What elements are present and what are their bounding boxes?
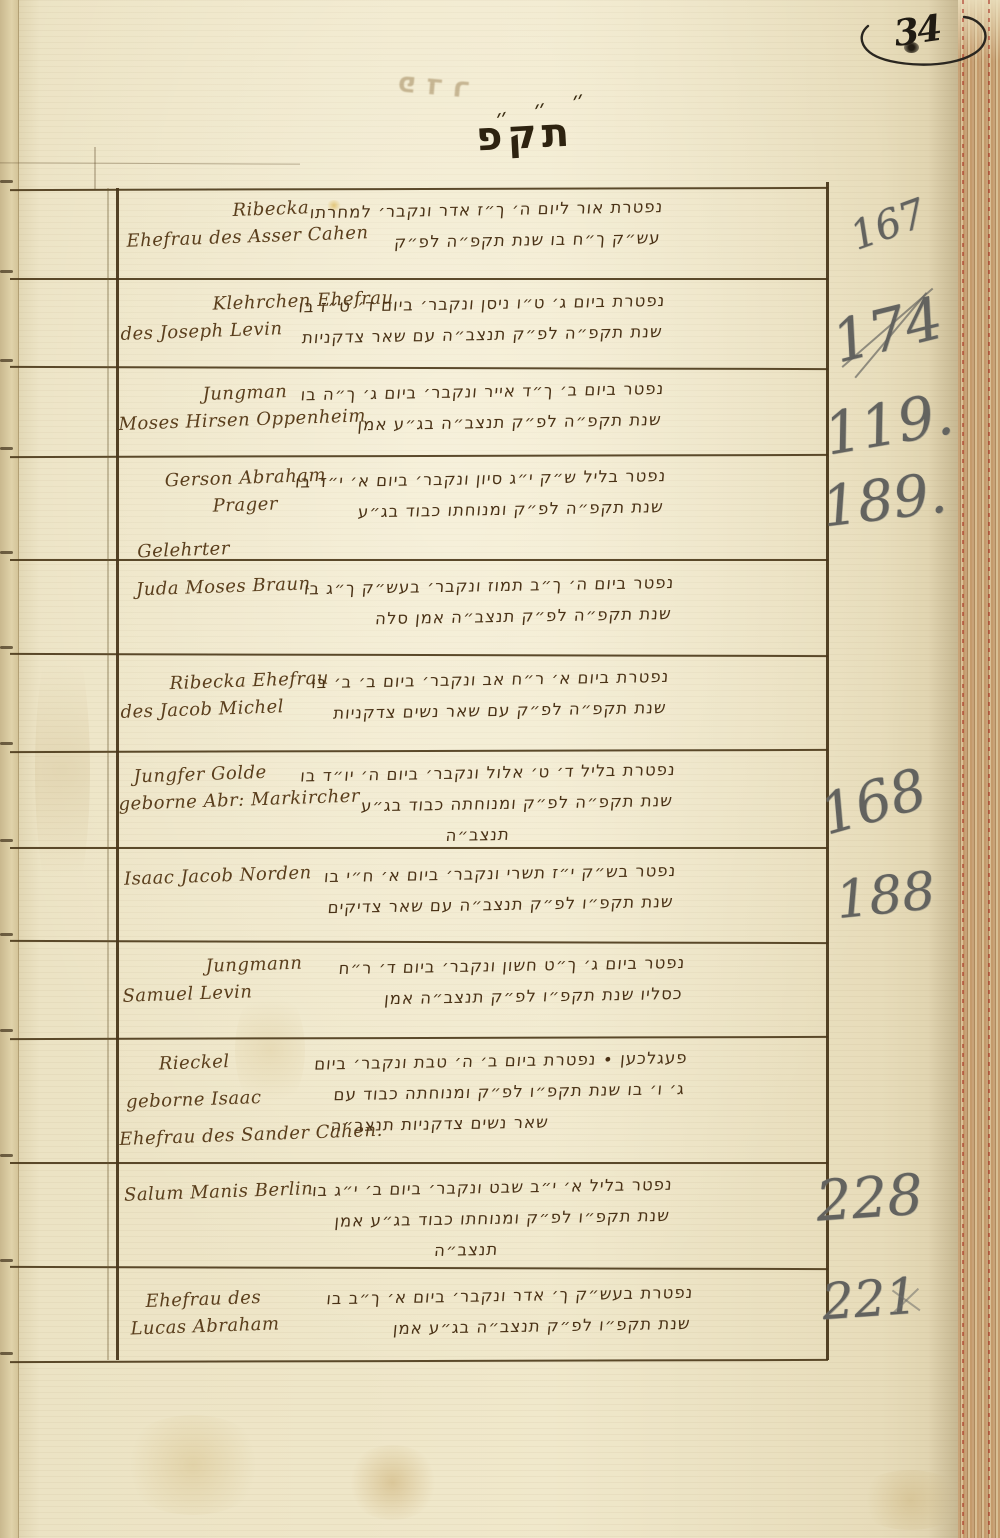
table-rule-line xyxy=(10,187,828,191)
ink-bleedthrough: פדר xyxy=(387,65,471,105)
column-divider-line-faint xyxy=(107,188,109,1360)
entry-hebrew-line: שנת תקפ״ה לפ״ק תנצב״ה בג״ע אמן xyxy=(315,404,663,441)
edge-tick xyxy=(0,1352,13,1355)
edge-tick xyxy=(0,359,13,362)
edge-tick xyxy=(0,1259,13,1262)
entry-hebrew-block: פעגלכען ∙ נפטרת ביום ב׳ ה׳ טבת ונקבר׳ בי… xyxy=(236,1042,689,1143)
entry-hebrew-line: שנת תקפ״ה לפ״ק עם שאר נשים צדקניות xyxy=(315,692,668,729)
table-rule-line xyxy=(10,366,828,370)
edge-tick xyxy=(0,933,13,936)
edge-tick xyxy=(0,742,13,745)
fore-edge-speckle xyxy=(962,0,964,1538)
entry-hebrew-block: נפטרת ביום ג׳ ט״ו ניסן ונקבר׳ ביום ד׳ ט״… xyxy=(313,285,666,353)
edge-tick xyxy=(0,839,13,842)
table-rule-line xyxy=(10,749,828,753)
table-rule-line xyxy=(10,454,828,458)
entry-hebrew-block: נפטר בש״ק י״ז תשרי ונקבר׳ ביום א׳ ח״י בו… xyxy=(327,855,677,923)
entry-hebrew-line: תנצב״ה xyxy=(324,816,672,853)
entry-name-block: Ehefrau desLucas Abraham xyxy=(117,1281,347,1343)
margin-number: 221 xyxy=(820,1267,919,1332)
entry-hebrew-block: נפטר ביום ה׳ ך״ב תמוז ונקבר׳ בעש״ק ך״ג ב… xyxy=(325,567,675,635)
entry-hebrew-block: נפטר ביום ג׳ ך״ט חשון ונקבר׳ ביום ד׳ ר״ח… xyxy=(333,947,686,1015)
margin-number: 167 xyxy=(844,190,931,259)
edge-rule-ticks xyxy=(0,0,14,1538)
fore-edge-speckle xyxy=(988,0,990,1538)
page-number-block: 34 xyxy=(852,4,997,74)
entry-hebrew-line: שנת תקפ״ה לפ״ק תנצב״ה עם שאר צדקניות xyxy=(313,316,664,353)
entry-hebrew-line: שנת תקפ״ו לפ״ק תנצב״ה בג״ע אמן xyxy=(327,1308,692,1345)
gutter-shadow xyxy=(928,0,958,1538)
margin-rule-stub xyxy=(0,162,300,164)
edge-tick xyxy=(0,646,13,649)
entry-hebrew-block: נפטרת אור ליום ה׳ ך״ז אדר ונקבר׳ למחרתוע… xyxy=(329,191,664,259)
pencil-strike xyxy=(855,293,928,379)
manuscript-page: 34 פדר ״ ״ ״ תקפ RibeckaEhefrau des Asse… xyxy=(0,0,1000,1538)
table-rule-line xyxy=(10,1162,828,1164)
entry-hebrew-line: כסליו שנת תקפ״ו לפ״ק תנצב״ה אמן xyxy=(333,978,684,1015)
entry-hebrew-block: נפטר בליל ש״ק י״ג סיון ונקבר׳ ביום א׳ י״… xyxy=(327,460,667,528)
entry-hebrew-block: נפטרת בליל ד׳ ט׳ אלול ונקבר׳ ביום ה׳ יו״… xyxy=(324,754,677,853)
entry-name-line: Samuel Levin xyxy=(122,975,347,1010)
entry-hebrew-line: שנת תקפ״ה לפ״ק תנצב״ה אמן סלה xyxy=(325,598,673,635)
hebrew-year-heading: תקפ xyxy=(475,109,575,160)
table-rule-line xyxy=(10,1266,828,1270)
ink-blot xyxy=(904,42,919,53)
entry-hebrew-line: שנת תקפ״ה לפ״ק ומנוחתה כבוד בג״ע xyxy=(327,785,675,822)
entry-hebrew-line: עש״ק ך״ח בו שנת תקפ״ה לפ״ק xyxy=(329,222,662,259)
table-rule-line xyxy=(10,1359,828,1363)
margin-number: 228 xyxy=(814,1162,925,1234)
entry-hebrew-line: שנת תקפ״ה לפ״ק ומנוחתו כבוד בג״ע xyxy=(327,491,665,528)
entry-hebrew-line: שנת תקפ״ו לפ״ק תנצב״ה עם שאר צדיקים xyxy=(327,886,675,923)
entry-hebrew-line: שנת תקפ״ו לפ״ק ומנוחתו כבוד בג״ע אמן xyxy=(307,1200,672,1237)
table-rule-line xyxy=(10,653,828,657)
entry-hebrew-line: תנצב״ה xyxy=(304,1231,669,1268)
margin-rule-stub-vertical xyxy=(94,147,96,189)
paper-stain xyxy=(35,620,90,920)
entry-hebrew-block: נפטרת בעש״ק ך׳ אדר ונקבר׳ ביום א׳ ך״ב בו… xyxy=(327,1277,694,1345)
entry-hebrew-block: נפטרת ביום א׳ ר״ח אב ונקבר׳ ביום ב׳ ב׳ ב… xyxy=(315,661,670,729)
book-fore-edge xyxy=(958,0,1000,1538)
entry-name-block: Isaac Jacob Norden xyxy=(118,858,347,893)
entry-hebrew-block: נפטר ביום ב׳ ך״ד אייר ונקבר׳ ביום ג׳ ך״ה… xyxy=(315,373,665,441)
margin-number: 168 xyxy=(813,757,934,849)
margin-number: 188 xyxy=(833,861,938,931)
entry-hebrew-block: נפטר בליל א׳ י״ב שבט ונקבר׳ ביום ב׳ י״ג … xyxy=(304,1169,674,1268)
paper-stain xyxy=(118,1415,268,1515)
edge-tick xyxy=(0,551,13,554)
table-rule-line xyxy=(10,1036,828,1040)
entry-name-line: Isaac Jacob Norden xyxy=(124,858,347,893)
edge-tick xyxy=(0,180,13,183)
paper-stain xyxy=(345,1445,440,1520)
edge-tick xyxy=(0,1154,13,1157)
edge-tick xyxy=(0,447,13,450)
edge-tick xyxy=(0,270,13,273)
table-rule-line xyxy=(10,278,828,280)
table-rule-line xyxy=(10,940,828,944)
entry-hebrew-line: שאר נשים צדקניות תנצב״ה xyxy=(236,1104,684,1143)
edge-tick xyxy=(0,1029,13,1032)
entry-name-block: JungmannSamuel Levin xyxy=(117,948,347,1010)
